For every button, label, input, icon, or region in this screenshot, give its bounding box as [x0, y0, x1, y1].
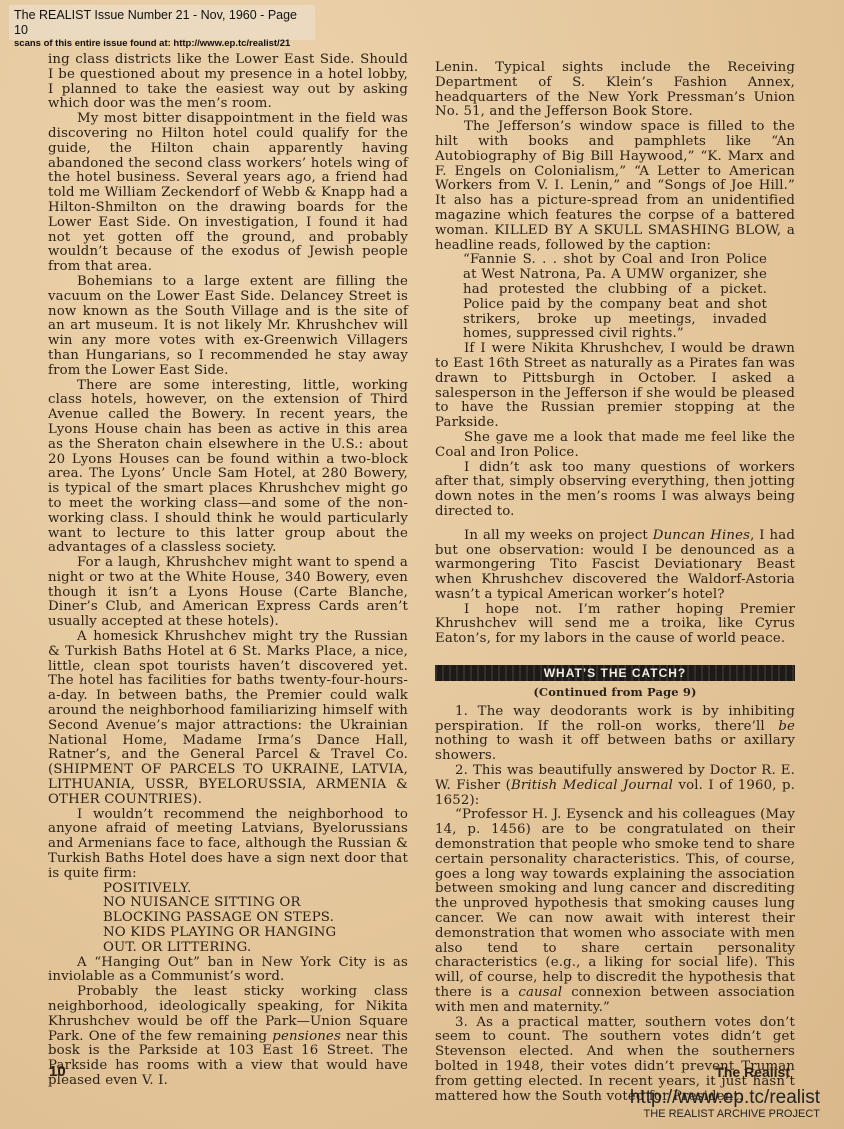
italic-term: Duncan Hines [653, 528, 750, 543]
paragraph: The Jefferson’s window space is filled t… [435, 120, 795, 253]
italic-term: causal [518, 985, 562, 1000]
sign-line: NO KIDS PLAYING OR HANGING [103, 926, 408, 941]
paragraph: If I were Nikita Khrushchev, I would be … [435, 342, 795, 431]
continued-note: (Continued from Page 9) [435, 685, 795, 700]
section-banner: WHAT’S THE CATCH? [435, 665, 795, 681]
text-run: 1. The way deodorants work is by inhibit… [435, 704, 795, 734]
italic-term: be [778, 719, 795, 734]
sign-line: OUT. OR LITTERING. [103, 941, 408, 956]
paragraph: Bohemians to a large extent are filling … [48, 275, 408, 379]
scan-title: The REALIST Issue Number 21 - Nov, 1960 … [14, 8, 310, 38]
quote-text: “Fannie S. . . shot by Coal and Iron Pol… [463, 253, 767, 342]
paragraph: I wouldn’t recommend the neighborhood to… [48, 808, 408, 882]
page-number: 10 [49, 1063, 66, 1080]
answer-quote: “Professor H. J. Eysenck and his colleag… [435, 808, 795, 1015]
italic-term: pensiones [272, 1029, 341, 1044]
archive-url-link[interactable]: http://www.ep.tc/realist [630, 1087, 820, 1109]
text-run: “Professor H. J. Eysenck and his colleag… [435, 807, 795, 1000]
sign-line: POSITIVELY. [103, 882, 408, 897]
scan-header: The REALIST Issue Number 21 - Nov, 1960 … [9, 5, 315, 40]
paragraph: For a laugh, Khrushchev might want to sp… [48, 556, 408, 630]
block-quote: “Fannie S. . . shot by Coal and Iron Pol… [463, 253, 767, 342]
answer-item: 2. This was beautifully answered by Doct… [435, 764, 795, 808]
scan-source-note: scans of this entire issue found at: htt… [14, 38, 310, 50]
archive-project-name: THE REALIST ARCHIVE PROJECT [644, 1108, 820, 1120]
publication-name: The Realist [715, 1064, 790, 1080]
paragraph: I didn’t ask too many questions of worke… [435, 461, 795, 520]
paragraph: She gave me a look that made me feel lik… [435, 431, 795, 461]
sign-line: BLOCKING PASSAGE ON STEPS. [103, 911, 408, 926]
right-column: Lenin. Typical sights include the Receiv… [435, 61, 795, 1104]
paragraph: In all my weeks on project Duncan Hines,… [435, 529, 795, 603]
italic-term: British Medical Journal [511, 778, 673, 793]
text-run: In all my weeks on project [464, 528, 653, 543]
text-run: nothing to wash it off between baths or … [435, 733, 795, 763]
paragraph: My most bitter disappointment in the fie… [48, 112, 408, 275]
answer-item: 1. The way deodorants work is by inhibit… [435, 705, 795, 764]
paragraph: A homesick Khrushchev might try the Russ… [48, 630, 408, 808]
quoted-sign: POSITIVELY. NO NUISANCE SITTING OR BLOCK… [103, 882, 408, 956]
paragraph: Lenin. Typical sights include the Receiv… [435, 61, 795, 120]
sign-line: NO NUISANCE SITTING OR [103, 896, 408, 911]
paragraph: Probably the least sticky working class … [48, 985, 408, 1089]
left-column: ing class districts like the Lower East … [48, 53, 408, 1089]
paragraph: A “Hanging Out” ban in New York City is … [48, 956, 408, 986]
paragraph: I hope not. I’m rather hoping Premier Kh… [435, 603, 795, 647]
paragraph: There are some interesting, little, work… [48, 379, 408, 557]
paragraph: ing class districts like the Lower East … [48, 53, 408, 112]
